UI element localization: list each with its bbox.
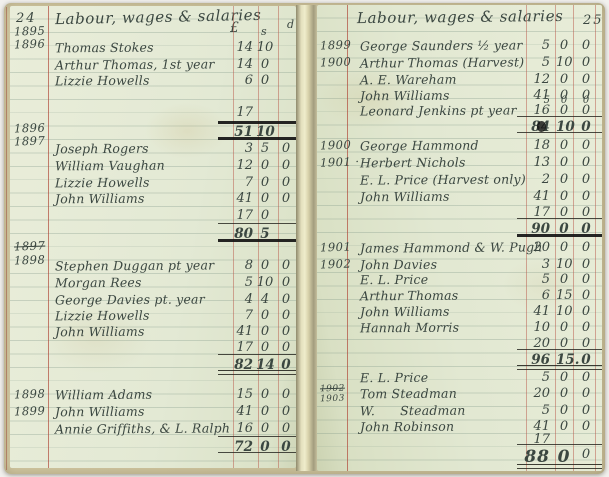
amount-shillings: 5 xyxy=(256,141,274,156)
amount-pence: 0 xyxy=(276,158,296,173)
amount-pounds: 14 xyxy=(213,57,253,72)
amount-pounds: 41 xyxy=(213,404,253,419)
amount-pence: 0 xyxy=(276,292,296,307)
amount-pence: 0 xyxy=(576,320,596,335)
entry-name: John Williams xyxy=(55,404,145,420)
total-rule xyxy=(517,444,602,445)
amount-pence: 0 xyxy=(576,138,596,153)
total-rule xyxy=(218,239,296,242)
entry-name: Herbert Nichols xyxy=(360,155,466,171)
amount-pounds: 5 xyxy=(510,38,550,53)
amount-pence: 0 xyxy=(576,370,596,385)
ledger-page-right: Labour, wages & salaries 25 18991900Geor… xyxy=(317,5,602,471)
amount-pounds: 6 xyxy=(213,73,253,88)
amount-pounds: 3 xyxy=(510,257,550,272)
amount-pence: 0 xyxy=(576,403,596,418)
ledger-row: John Williams41100 xyxy=(317,304,602,320)
ledger-row: E. L. Price500 xyxy=(317,272,602,288)
entry-name: George Saunders ½ year xyxy=(360,37,523,53)
amount-pounds: 6 xyxy=(510,288,550,303)
photo-frame: 24 Labour, wages & salaries £ s d 189518… xyxy=(0,0,609,477)
ledger-row: Arthur Thomas, 1st year140 xyxy=(10,57,296,73)
amount-pence: 0 xyxy=(576,189,596,204)
amount-pounds: 14 xyxy=(213,40,253,55)
amount-shillings: 0 xyxy=(556,403,572,418)
amount-shillings: 0 xyxy=(556,138,572,153)
amount-pence: 0 xyxy=(276,175,296,190)
entry-name: W. Steadman xyxy=(360,403,466,419)
amount-shillings: 4 xyxy=(256,292,274,307)
amount-pence: 0 xyxy=(576,72,596,87)
entry-name: John Davies xyxy=(360,257,437,273)
amount-pounds: 5 xyxy=(510,370,550,385)
amount-pounds: 41 xyxy=(213,324,253,339)
amount-shillings: 0 xyxy=(256,387,274,402)
amount-pence: 0 xyxy=(276,141,296,156)
entry-name: Annie Griffiths, & L. Ralph xyxy=(55,420,230,436)
ledger-book: 24 Labour, wages & salaries £ s d 189518… xyxy=(4,3,605,474)
ledger-row: E. L. Price (Harvest only)200 xyxy=(317,172,602,188)
amount-pence: 0 xyxy=(276,191,296,206)
amount-pence: 0 xyxy=(276,324,296,339)
entry-name: John Williams xyxy=(55,191,145,207)
amount-pence: 0 xyxy=(276,404,296,419)
entry-name: A. E. Wareham xyxy=(360,72,457,88)
amount-pounds: 41 xyxy=(213,191,253,206)
ledger-row: George Davies pt. year440 xyxy=(10,292,296,308)
amount-pounds: 17 xyxy=(213,105,253,120)
amount-pence: 0 xyxy=(576,288,596,303)
ledger-row: John Williams4100 xyxy=(10,324,296,340)
entry-name: Morgan Rees xyxy=(55,275,142,291)
amount-pence: 0 xyxy=(576,447,596,462)
ledger-row: William Vaughan1200 xyxy=(10,158,296,174)
ledger-row: Joseph Rogers350 xyxy=(10,141,296,157)
amount-pence: 0 xyxy=(576,155,596,170)
total-rule xyxy=(218,370,296,375)
amount-pounds: 7 xyxy=(213,308,253,323)
total-rule xyxy=(517,234,602,237)
amount-shillings: 0 xyxy=(256,191,274,206)
ledger-row: Lizzie Howells60 xyxy=(10,73,296,89)
amount-pounds: 12 xyxy=(213,158,253,173)
year-label: 1897 xyxy=(14,238,46,253)
entry-name: Stephen Duggan pt year xyxy=(55,257,214,273)
amount-pounds: 13 xyxy=(510,155,550,170)
amount-shillings: 10 xyxy=(556,304,572,319)
amount-shillings: 0 xyxy=(256,340,274,355)
amount-pence: 0 xyxy=(276,275,296,290)
entry-name: Arthur Thomas xyxy=(360,288,458,304)
amount-pence: 0 xyxy=(276,421,296,436)
amount-pounds: 2 xyxy=(510,172,550,187)
total-rule xyxy=(218,436,296,437)
entry-name: Lizzie Howells xyxy=(55,175,150,191)
amount-pence: 0 xyxy=(576,240,596,255)
entry-name: Tom Steadman xyxy=(360,386,457,402)
book-gutter xyxy=(296,5,317,471)
amount-shillings: 0 xyxy=(556,272,572,287)
ledger-row: Tom Steadman2000 xyxy=(317,386,602,402)
ledger-row: 17 xyxy=(317,432,602,448)
amount-shillings: 0 xyxy=(256,324,274,339)
amount-pounds: 41 xyxy=(510,304,550,319)
amount-pounds: 7 xyxy=(213,175,253,190)
ledger-row: George Saunders ½ year500 xyxy=(317,38,602,54)
amount-pounds: 4 xyxy=(213,292,253,307)
entry-name: William Vaughan xyxy=(55,158,165,174)
amount-shillings: 0 xyxy=(256,404,274,419)
entry-name: George Davies pt. year xyxy=(55,291,205,307)
ledger-row: 17 xyxy=(10,105,296,121)
ledger-row: Stephen Duggan pt year800 xyxy=(10,258,296,274)
total-rule xyxy=(218,223,296,224)
amount-shillings: 10 xyxy=(256,40,274,55)
ledger-row: Lizzie Howells700 xyxy=(10,308,296,324)
amount-shillings: 0 xyxy=(556,386,572,401)
ledger-row: Morgan Rees5100 xyxy=(10,275,296,291)
amount-shillings: 10 xyxy=(256,275,274,290)
entry-name: George Hammond xyxy=(360,138,479,154)
amount-pounds: 8 xyxy=(213,258,253,273)
total-rule xyxy=(218,354,296,355)
amount-pounds: 41 xyxy=(510,189,550,204)
amount-pounds: 5 xyxy=(510,403,550,418)
amount-pounds: 5 xyxy=(213,275,253,290)
entry-name: E. L. Price (Harvest only) xyxy=(360,171,526,187)
entry-name: E. L. Price xyxy=(360,272,428,287)
amount-pounds: 17 xyxy=(213,208,253,223)
entry-name: Lizzie Howells xyxy=(55,73,150,89)
amount-pounds: 12 xyxy=(510,72,550,87)
entry-name: John Williams xyxy=(360,189,450,205)
ink-blot xyxy=(537,121,546,132)
amount-pounds: 10 xyxy=(510,320,550,335)
total-rule xyxy=(517,464,602,469)
ledger-row: 8800 xyxy=(317,447,602,463)
ledger-row: John Williams4100 xyxy=(317,189,602,205)
amount-pence: 0 xyxy=(276,340,296,355)
total-rule xyxy=(517,116,602,117)
amount-shillings: 15 xyxy=(556,288,572,303)
page-number-right: 25 xyxy=(583,13,602,28)
amount-shillings: 0 xyxy=(256,258,274,273)
ledger-row: John Davies3100 xyxy=(317,257,602,273)
entry-name: William Adams xyxy=(55,387,152,403)
amount-pounds: 5 xyxy=(510,272,550,287)
amount-shillings: 10 xyxy=(556,257,572,272)
ledger-row: Annie Griffiths, & L. Ralph1600 xyxy=(10,421,296,437)
amount-pence: 0 xyxy=(576,304,596,319)
entry-name: John Williams xyxy=(55,324,145,340)
amount-shillings: 0 xyxy=(256,158,274,173)
column-header-pence: d xyxy=(287,18,294,31)
column-header-pounds: £ xyxy=(230,20,239,36)
amount-shillings: 0 xyxy=(256,175,274,190)
total-rule xyxy=(517,218,602,219)
ledger-row: Thomas Stokes1410 xyxy=(10,40,296,56)
amount-shillings: 0 xyxy=(256,308,274,323)
entry-name: Arthur Thomas (Harvest) xyxy=(360,54,524,70)
ledger-row: W. Steadman500 xyxy=(317,403,602,419)
entry-name: Lizzie Howells xyxy=(55,308,150,324)
ledger-row: William Adams1500 xyxy=(10,387,296,403)
amount-shillings: 0 xyxy=(556,189,572,204)
amount-pounds: 20 xyxy=(510,386,550,401)
ledger-row: Arthur Thomas (Harvest)5100 xyxy=(317,55,602,71)
amount-shillings: 0 xyxy=(556,155,572,170)
page-title-right: Labour, wages & salaries xyxy=(357,7,564,27)
ledger-row: A. E. Wareham1200 xyxy=(317,72,602,88)
ledger-page-left: 24 Labour, wages & salaries £ s d 189518… xyxy=(10,6,296,468)
amount-pence: 0 xyxy=(276,308,296,323)
amount-pounds: 15 xyxy=(213,387,253,402)
amount-pence: 0 xyxy=(576,272,596,287)
amount-pounds: 18 xyxy=(510,138,550,153)
total-rule xyxy=(218,452,296,453)
amount-pounds: 16 xyxy=(213,421,253,436)
amount-pounds: 5 xyxy=(510,55,550,70)
amount-shillings: 0 xyxy=(556,240,572,255)
total-rule xyxy=(517,349,602,350)
amount-pence: 0 xyxy=(276,387,296,402)
amount-shillings: 0 xyxy=(256,421,274,436)
ledger-row: E. L. Price500 xyxy=(317,370,602,386)
amount-pence: 0 xyxy=(276,258,296,273)
amount-shillings: 0 xyxy=(556,38,572,53)
entry-name: E. L. Price xyxy=(360,370,428,385)
amount-pence: 0 xyxy=(576,55,596,70)
amount-pounds: 17 xyxy=(213,340,253,355)
entry-name: Leonard Jenkins pt year xyxy=(360,102,517,118)
entry-name: Arthur Thomas, 1st year xyxy=(55,56,215,72)
amount-pounds: 20 xyxy=(510,240,550,255)
ledger-row: Arthur Thomas6150 xyxy=(317,288,602,304)
entry-name: Hannah Morris xyxy=(360,320,459,336)
entry-name: Joseph Rogers xyxy=(55,141,149,157)
ledger-row: Herbert Nichols1300 xyxy=(317,155,602,171)
amount-pence: 0 xyxy=(576,386,596,401)
amount-shillings: 0 xyxy=(256,73,274,88)
amount-shillings: 0 xyxy=(256,208,274,223)
ledger-row: James Hammond & W. Pugh2000 xyxy=(317,240,602,256)
amount-pence: 0 xyxy=(576,257,596,272)
amount-pence: 0 xyxy=(576,38,596,53)
amount-shillings: 0 xyxy=(556,172,572,187)
ledger-row: 170 xyxy=(10,208,296,224)
ledger-row: John Williams4100 xyxy=(10,191,296,207)
amount-shillings: 0 xyxy=(556,320,572,335)
amount-shillings: 10 xyxy=(556,55,572,70)
total-rule xyxy=(218,137,296,140)
ledger-row: Hannah Morris1000 xyxy=(317,320,602,336)
column-header-shillings: s xyxy=(261,25,267,38)
ledger-row: Lizzie Howells700 xyxy=(10,175,296,191)
amount-shillings: 0 xyxy=(556,72,572,87)
total-rule xyxy=(517,132,602,133)
ledger-row: George Hammond1800 xyxy=(317,138,602,154)
entry-name: Thomas Stokes xyxy=(55,40,154,56)
amount-pounds: 3 xyxy=(213,141,253,156)
amount-shillings: 0 xyxy=(556,370,572,385)
amount-shillings: 0 xyxy=(256,57,274,72)
amount-pence: 0 xyxy=(576,172,596,187)
entry-name: John Williams xyxy=(360,304,450,320)
ledger-row: John Williams4100 xyxy=(10,404,296,420)
